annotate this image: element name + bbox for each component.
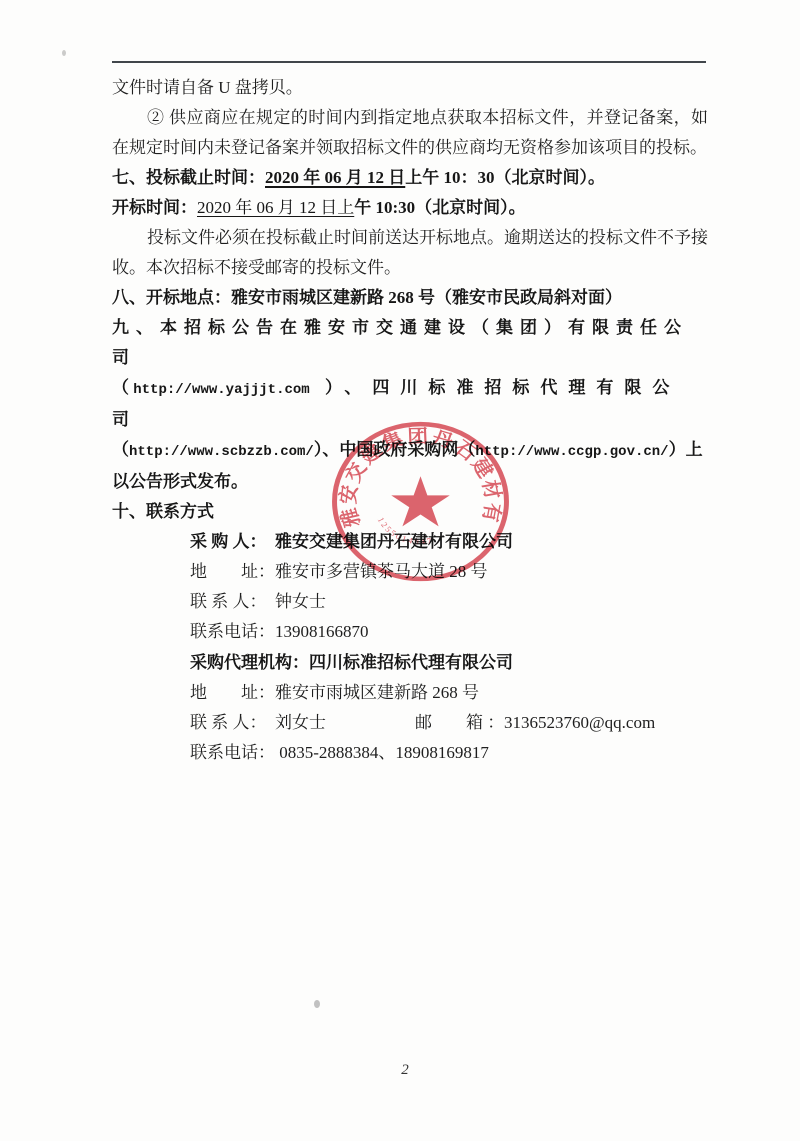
address-label: 地 址：: [190, 678, 275, 708]
agency-address-row: 地 址：雅安市雨城区建新路 268 号: [190, 678, 708, 708]
phone-label: 联系电话：: [190, 617, 275, 647]
deadline-date-underlined: 2020 年 06 月 12 日: [265, 168, 405, 187]
agency-name: 四川标准招标代理有限公司: [309, 653, 513, 672]
purchaser-phone-row: 联系电话：13908166870: [190, 617, 708, 647]
deadline-prefix: 七、投标截止时间：: [112, 168, 265, 187]
opening-prefix: 开标时间：: [112, 198, 197, 217]
agency-address: 雅安市雨城区建新路 268 号: [275, 683, 479, 702]
agency-label: 采购代理机构：: [190, 653, 309, 672]
purchaser-name-row: 采 购 人：雅安交建集团丹石建材有限公司: [190, 527, 708, 557]
contact-block: 采 购 人：雅安交建集团丹石建材有限公司 地 址：雅安市多营镇茶马大道 28 号…: [190, 527, 708, 768]
opening-date-underlined: 2020 年 06 月 12 日上: [197, 198, 354, 217]
agency-contact-row: 联 系 人：刘女士邮 箱 ：3136523760@qq.com: [190, 708, 708, 738]
header-rule: [112, 61, 706, 63]
purchaser-phone: 13908166870: [275, 622, 369, 641]
scan-speck: [314, 1000, 320, 1008]
paragraph-usb-note: 文件时请自备 U 盘拷贝。: [112, 73, 708, 103]
purchaser-label: 采 购 人：: [190, 527, 275, 557]
section9-line4: 以公告形式发布。: [112, 467, 708, 497]
deadline-suffix: 上午 10：30（北京时间）。: [405, 168, 605, 187]
paragraph-supplier-registration: ② 供应商应在规定的时间内到指定地点获取本招标文件，并登记备案，如在规定时间内未…: [112, 103, 708, 163]
agency-contact: 刘女士: [275, 708, 415, 738]
url-ccgp: http://www.ccgp.gov.cn/: [475, 444, 668, 460]
section7-deadline-line: 七、投标截止时间：2020 年 06 月 12 日上午 10：30（北京时间）。: [112, 163, 708, 193]
agency-phone: 0835-2888384、18908169817: [275, 743, 489, 762]
section10-heading: 十、联系方式: [112, 497, 708, 527]
scan-speck: [62, 50, 66, 56]
section9-line3: （http://www.scbzzb.com/）、中国政府采购网（http://…: [112, 435, 708, 467]
section9-line3-mid: ）、中国政府采购网（: [314, 440, 476, 459]
page-number: 2: [0, 1062, 800, 1079]
email-label: 邮 箱 ：: [415, 708, 504, 738]
contact-label: 联 系 人：: [190, 708, 275, 738]
section9-line3-tail: ）上: [669, 440, 703, 459]
section7-delivery-note: 投标文件必须在投标截止时间前送达开标地点。逾期送达的投标文件不予接收。本次招标不…: [112, 223, 708, 283]
purchaser-contact-row: 联 系 人：钟女士: [190, 587, 708, 617]
section8-heading: 八、开标地点：雅安市雨城区建新路 268 号（雅安市民政局斜对面）: [112, 283, 708, 313]
purchaser-address: 雅安市多营镇茶马大道 28 号: [275, 562, 488, 581]
agency-name-row: 采购代理机构：四川标准招标代理有限公司: [190, 648, 708, 678]
agency-email: 3136523760@qq.com: [504, 713, 655, 732]
agency-phone-row: 联系电话： 0835-2888384、18908169817: [190, 738, 708, 768]
section7-opening-line: 开标时间：2020 年 06 月 12 日上午 10:30（北京时间）。: [112, 193, 708, 223]
url-scbzzb: http://www.scbzzb.com/: [129, 444, 314, 460]
purchaser-name: 雅安交建集团丹石建材有限公司: [275, 532, 513, 551]
opening-suffix: 午 10:30（北京时间）。: [354, 198, 525, 217]
phone-label: 联系电话：: [190, 738, 275, 768]
address-label: 地 址：: [190, 557, 275, 587]
purchaser-address-row: 地 址：雅安市多营镇茶马大道 28 号: [190, 557, 708, 587]
url-yajjjt: http://www.yajjjt.com: [133, 382, 309, 398]
section9-line1: 九、本招标公告在雅安市交通建设（集团）有限责任公司: [112, 313, 708, 373]
section9-line2: （ http://www.yajjjt.com ）、四川标准招标代理有限公司: [112, 373, 708, 435]
contact-label: 联 系 人：: [190, 587, 275, 617]
purchaser-contact: 钟女士: [275, 592, 326, 611]
paren-open: （: [112, 378, 133, 397]
document-body: 文件时请自备 U 盘拷贝。 ② 供应商应在规定的时间内到指定地点获取本招标文件，…: [112, 73, 708, 768]
document-page: 文件时请自备 U 盘拷贝。 ② 供应商应在规定的时间内到指定地点获取本招标文件，…: [0, 0, 800, 1141]
paren-open: （: [112, 440, 129, 459]
